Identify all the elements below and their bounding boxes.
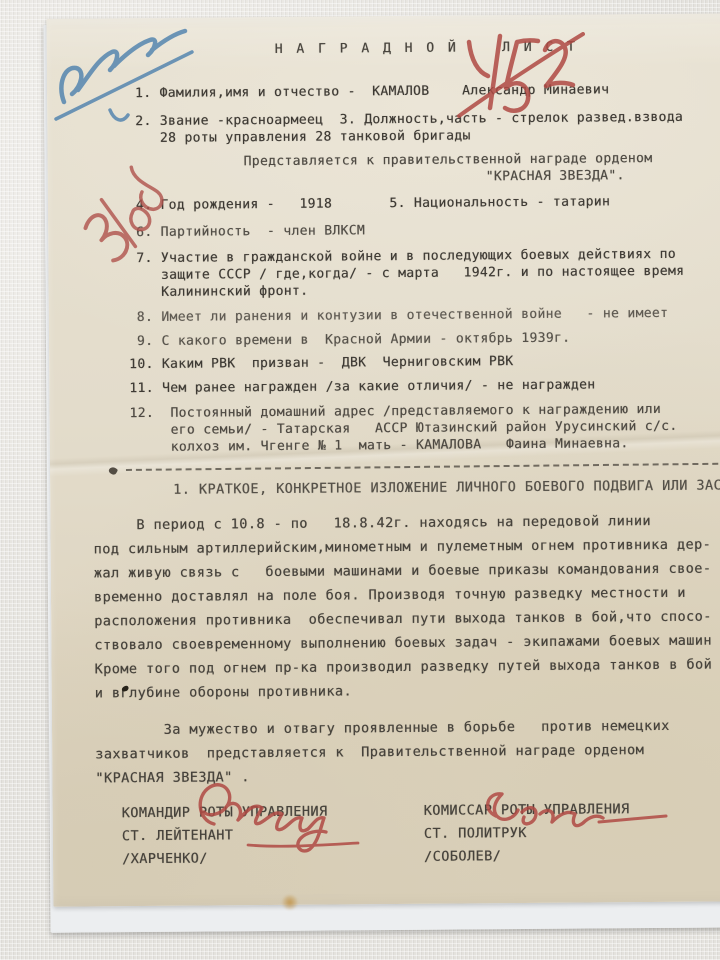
typed-line: Калининский фронт. bbox=[137, 279, 720, 301]
document-title: Н А Г Р А Д Н О Й Л И С Т bbox=[275, 37, 720, 58]
photo-of-document: { "colors": { "fabric_background": "#e7e… bbox=[0, 0, 720, 960]
item-2-rank-unit: 2. Звание -красноармеец 3. Должность,час… bbox=[135, 108, 720, 147]
typed-line: 6. Партийность - член ВЛКСМ bbox=[136, 219, 720, 241]
award-sheet-paper: Н А Г Р А Д Н О Й Л И С Т 1. Фамилия,имя… bbox=[46, 13, 720, 906]
typed-line: СТ. ПОЛИТРУК bbox=[424, 821, 630, 846]
typed-line: "КРАСНАЯ ЗВЕЗДА" . bbox=[95, 761, 720, 790]
signature-block-commissar: КОМИССАР РОТЫ УПРАВЛЕНИЯСТ. ПОЛИТРУК/СОБ… bbox=[424, 798, 630, 869]
typed-line: 10. Каким РВК призван - ДВК Черниговским… bbox=[129, 351, 720, 373]
typed-line: Кроме того под огнем пр-ка производил ра… bbox=[94, 652, 720, 681]
signature-block: КОМАНДИР РОТЫ УПРАВЛЕНИЯСТ. ЛЕЙТЕНАНТ/ХА… bbox=[122, 797, 720, 871]
item-1-name: 1. Фамилия,имя и отчество - КАМАЛОВ Алек… bbox=[135, 80, 720, 102]
item-11-prior-awards: 11. Чем ранее награжден /за какие отличи… bbox=[129, 375, 720, 397]
typed-line: 1. Фамилия,имя и отчество - КАМАЛОВ Алек… bbox=[135, 80, 720, 102]
typed-line: КОМАНДИР РОТЫ УПРАВЛЕНИЯ bbox=[122, 800, 424, 825]
signature-block-commander: КОМАНДИР РОТЫ УПРАВЛЕНИЯСТ. ЛЕЙТЕНАНТ/ХА… bbox=[122, 800, 425, 871]
conclusion-paragraph: За мужество и отвагу проявленные в борьб… bbox=[95, 713, 720, 790]
feat-section: 1. КРАТКОЕ, КОНКРЕТНОЕ ИЗЛОЖЕНИЕ ЛИЧНОГО… bbox=[93, 476, 720, 871]
item-12-home-address: 12. Постоянный домашний адрес /представл… bbox=[129, 400, 720, 456]
item-8-wounds: 8. Имеет ли ранения и контузии в отечест… bbox=[137, 304, 720, 326]
typed-line: и вглубине обороны противника. bbox=[95, 676, 720, 705]
award-statement: Представляется к правительственной награ… bbox=[135, 149, 720, 188]
typed-line: /ХАРЧЕНКО/ bbox=[122, 846, 424, 871]
typed-line: 11. Чем ранее награжден /за какие отличи… bbox=[129, 375, 720, 397]
item-9-army-since: 9. С какого времени в Красной Армии - ок… bbox=[137, 328, 720, 350]
item-6-party: 6. Партийность - член ВЛКСМ bbox=[136, 219, 720, 241]
separator-line bbox=[126, 462, 720, 471]
typed-line: 4. Год рождения - 1918 5. Национальность… bbox=[136, 192, 720, 214]
typed-line: СТ. ЛЕЙТЕНАНТ bbox=[122, 823, 424, 848]
typed-document-content: Н А Г Р А Д Н О Й Л И С Т 1. Фамилия,имя… bbox=[46, 13, 720, 871]
typed-line: 8. Имеет ли ранения и контузии в отечест… bbox=[137, 304, 720, 326]
paper-stain bbox=[281, 895, 298, 910]
typed-line: 9. С какого времени в Красной Армии - ок… bbox=[137, 328, 720, 350]
item-4-5-birth-nationality: 4. Год рождения - 1918 5. Национальность… bbox=[136, 192, 720, 214]
item-10-drafted-by: 10. Каким РВК призван - ДВК Черниговским… bbox=[129, 351, 720, 373]
typed-line: колхоз им. Чгенге № 1 мать - КАМАЛОВА Фа… bbox=[130, 434, 720, 456]
document-stack: Н А Г Р А Д Н О Й Л И С Т 1. Фамилия,имя… bbox=[46, 13, 720, 930]
feat-description-paragraph: В период с 10.8 - по 18.8.42г. находясь … bbox=[93, 508, 720, 705]
typed-line: захватчиков представляется к Правительст… bbox=[95, 737, 720, 766]
typed-line: "КРАСНАЯ ЗВЕЗДА". bbox=[136, 166, 720, 188]
feat-section-heading: 1. КРАТКОЕ, КОНКРЕТНОЕ ИЗЛОЖЕНИЕ ЛИЧНОГО… bbox=[173, 476, 720, 499]
typed-line: /СОБОЛЕВ/ bbox=[424, 844, 630, 869]
item-7-combat-participation: 7. Участие в гражданской войне и в после… bbox=[136, 245, 720, 301]
typed-line: КОМИССАР РОТЫ УПРАВЛЕНИЯ bbox=[424, 798, 630, 823]
typed-line: 28 роты управления 28 танковой бригады bbox=[135, 125, 720, 147]
